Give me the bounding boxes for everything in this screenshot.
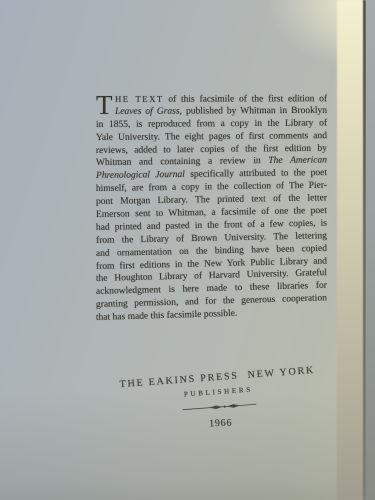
rule-ornament-icon [182, 399, 257, 414]
colophon-line: Leaves of Grass, published by Whitman in… [96, 105, 327, 119]
publisher-block: THE EAKINS PRESSNEW YORK PUBLISHERS 1966 [94, 362, 344, 439]
background-right-strip [366, 0, 375, 500]
publisher-city: NEW YORK [247, 365, 315, 381]
publication-year: 1966 [98, 413, 344, 435]
colophon-text-block: T HE TEXT of this facsimile of the first… [96, 93, 327, 325]
colophon-line: HE TEXT of this facsimile of the first e… [96, 92, 327, 106]
book-page-photo: T HE TEXT of this facsimile of the first… [0, 0, 375, 500]
page-edge-highlight [337, 0, 364, 500]
colophon-paragraph: HE TEXT of this facsimile of the first e… [96, 93, 327, 325]
